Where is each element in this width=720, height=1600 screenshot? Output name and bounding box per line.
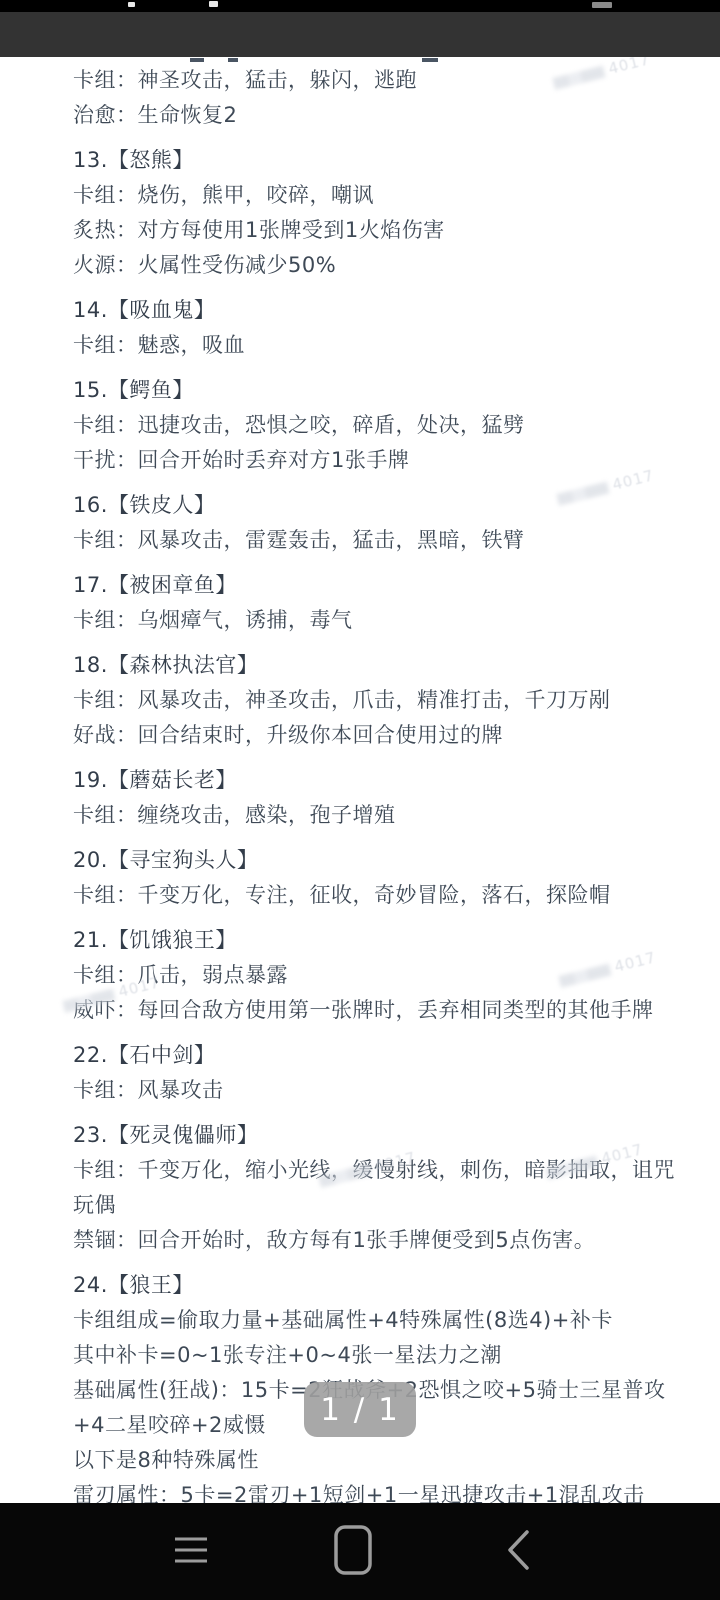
- doc-line: 雷刃属性：5卡=2雷刃+1短剑+1一星迅捷攻击+1混乱攻击: [73, 1478, 682, 1503]
- phone-screen: { "page_indicator": { "text": "1 / 1" },…: [0, 0, 720, 1600]
- document-page[interactable]: 卡组：神圣攻击，猛击，躲闪，逃跑治愈：生命恢复213.【怒熊】卡组：烧伤，熊甲，…: [0, 57, 720, 1503]
- doc-line: 以下是8种特殊属性: [73, 1443, 682, 1478]
- doc-section: 15.【鳄鱼】卡组：迅捷攻击，恐惧之咬，碎盾，处决，猛劈干扰：回合开始时丢弃对方…: [73, 373, 682, 478]
- doc-line: 卡组：风暴攻击，神圣攻击，爪击，精准打击，千刀万剐: [73, 683, 682, 718]
- doc-line: 卡组：缠绕攻击，感染，孢子增殖: [73, 798, 682, 833]
- section-heading: 19.【蘑菇长老】: [73, 763, 682, 798]
- doc-section: 14.【吸血鬼】卡组：魅惑，吸血: [73, 293, 682, 363]
- doc-line: 威吓：每回合敌方使用第一张牌时，丢弃相同类型的其他手牌: [73, 993, 682, 1028]
- doc-section: 17.【被困章鱼】卡组：乌烟瘴气，诱捕，毒气: [73, 568, 682, 638]
- doc-section: 13.【怒熊】卡组：烧伤，熊甲，咬碎，嘲讽炙热：对方每使用1张牌受到1火焰伤害火…: [73, 143, 682, 283]
- doc-line: 禁锢：回合开始时，敌方每有1张手牌便受到5点伤害。: [73, 1223, 682, 1258]
- clipped-text-remnant: [190, 58, 204, 62]
- section-heading: 21.【饥饿狼王】: [73, 923, 682, 958]
- doc-section: 22.【石中剑】卡组：风暴攻击: [73, 1038, 682, 1108]
- section-heading: 22.【石中剑】: [73, 1038, 682, 1073]
- page-indicator-label: 1 / 1: [320, 1392, 400, 1428]
- home-button[interactable]: [317, 1515, 389, 1587]
- doc-line: 卡组：魅惑，吸血: [73, 328, 682, 363]
- section-heading: 14.【吸血鬼】: [73, 293, 682, 328]
- section-heading: 20.【寻宝狗头人】: [73, 843, 682, 878]
- doc-section: 18.【森林执法官】卡组：风暴攻击，神圣攻击，爪击，精准打击，千刀万剐好战：回合…: [73, 648, 682, 753]
- doc-line: 卡组：乌烟瘴气，诱捕，毒气: [73, 603, 682, 638]
- doc-line: 卡组组成=偷取力量+基础属性+4特殊属性(8选4)+补卡: [73, 1303, 682, 1338]
- clipped-text-remnant: [422, 58, 438, 62]
- doc-line: 好战：回合结束时，升级你本回合使用过的牌: [73, 718, 682, 753]
- doc-line: 卡组：迅捷攻击，恐惧之咬，碎盾，处决，猛劈: [73, 408, 682, 443]
- doc-line: 炙热：对方每使用1张牌受到1火焰伤害: [73, 213, 682, 248]
- status-bar: [0, 0, 720, 12]
- doc-line: 卡组：烧伤，熊甲，咬碎，嘲讽: [73, 178, 682, 213]
- back-icon: [505, 1528, 531, 1575]
- doc-line: 治愈：生命恢复2: [73, 98, 682, 133]
- status-icon-remnant: [592, 2, 612, 8]
- doc-section: 23.【死灵傀儡师】卡组：千变万化，缩小光线，缓慢射线，刺伤，暗影抽取，诅咒玩偶…: [73, 1118, 682, 1258]
- doc-section: 20.【寻宝狗头人】卡组：千变万化，专注，征收，奇妙冒险，落石，探险帽: [73, 843, 682, 913]
- section-heading: 17.【被困章鱼】: [73, 568, 682, 603]
- section-heading: 23.【死灵傀儡师】: [73, 1118, 682, 1153]
- doc-line: 火源：火属性受伤减少50%: [73, 248, 682, 283]
- clipped-text-remnant: [228, 58, 238, 62]
- doc-line: 卡组：风暴攻击，雷霆轰击，猛击，黑暗，铁臂: [73, 523, 682, 558]
- section-heading: 15.【鳄鱼】: [73, 373, 682, 408]
- recents-icon: [172, 1535, 210, 1568]
- home-icon: [333, 1524, 373, 1579]
- android-nav-bar: [0, 1503, 720, 1600]
- recents-button[interactable]: [155, 1515, 227, 1587]
- section-heading: 24.【狼王】: [73, 1268, 682, 1303]
- doc-line: 卡组：风暴攻击: [73, 1073, 682, 1108]
- doc-line: 干扰：回合开始时丢弃对方1张手牌: [73, 443, 682, 478]
- app-toolbar[interactable]: [0, 12, 720, 57]
- status-icon-remnant: [128, 2, 135, 7]
- back-button[interactable]: [482, 1515, 554, 1587]
- doc-section: 19.【蘑菇长老】卡组：缠绕攻击，感染，孢子增殖: [73, 763, 682, 833]
- status-icon-remnant: [209, 1, 218, 7]
- section-heading: 18.【森林执法官】: [73, 648, 682, 683]
- page-indicator: 1 / 1: [304, 1382, 416, 1437]
- section-heading: 13.【怒熊】: [73, 143, 682, 178]
- doc-line: 其中补卡=0~1张专注+0~4张一星法力之潮: [73, 1338, 682, 1373]
- doc-line: 卡组：千变万化，专注，征收，奇妙冒险，落石，探险帽: [73, 878, 682, 913]
